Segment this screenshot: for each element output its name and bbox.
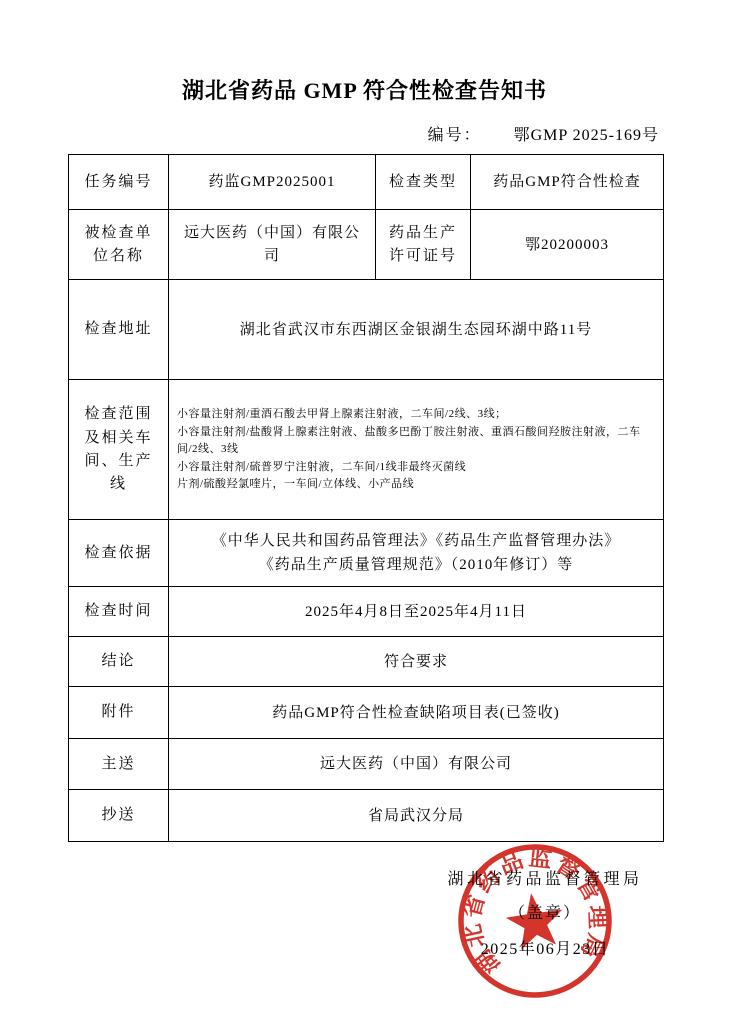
attachment-value: 药品GMP符合性检查缺陷项目表(已签收) [169,687,664,739]
inspected-unit-value: 远大医药（中国）有限公司 [169,210,376,280]
seal-placeholder-note: （盖章） [428,904,662,925]
inspection-notice-table: 任务编号 药监GMP2025001 检查类型 药品GMP符合性检查 被检查单位名… [68,154,664,842]
document-number-label: 编号： [428,127,482,144]
inspection-scope-value: 小容量注射剂/重酒石酸去甲肾上腺素注射液，二车间/2线、3线； 小容量注射剂/盐… [169,380,664,520]
license-number-label: 药品生产许可证号 [376,210,471,280]
table-row: 被检查单位名称 远大医药（中国）有限公司 药品生产许可证号 鄂20200003 [69,210,664,280]
attachment-label: 附件 [69,687,169,739]
inspection-basis-value: 《中华人民共和国药品管理法》《药品生产监督管理办法》《药品生产质量管理规范》（2… [169,520,664,587]
table-row: 结论 符合要求 [69,637,664,687]
inspection-basis-label: 检查依据 [69,520,169,587]
inspection-type-value: 药品GMP符合性检查 [471,155,664,210]
conclusion-label: 结论 [69,637,169,687]
inspection-time-label: 检查时间 [69,587,169,637]
signature-block: 湖北省药品监督管理局 （盖章） 2025年06月23日 [428,870,662,960]
page-title: 湖北省药品 GMP 符合性检查告知书 [0,0,729,104]
table-row: 主送 远大医药（中国）有限公司 [69,739,664,790]
task-id-value: 药监GMP2025001 [169,155,376,210]
issuing-agency-name: 湖北省药品监督管理局 [428,870,662,891]
main-recipient-label: 主送 [69,739,169,790]
inspection-address-label: 检查地址 [69,280,169,380]
copy-recipient-label: 抄送 [69,790,169,842]
inspection-time-value: 2025年4月8日至2025年4月11日 [169,587,664,637]
inspection-address-value: 湖北省武汉市东西湖区金银湖生态园环湖中路11号 [169,280,664,380]
main-recipient-value: 远大医药（中国）有限公司 [169,739,664,790]
task-id-label: 任务编号 [69,155,169,210]
conclusion-value: 符合要求 [169,637,664,687]
table-row: 附件 药品GMP符合性检查缺陷项目表(已签收) [69,687,664,739]
table-row: 任务编号 药监GMP2025001 检查类型 药品GMP符合性检查 [69,155,664,210]
table-row: 抄送 省局武汉分局 [69,790,664,842]
table-row: 检查时间 2025年4月8日至2025年4月11日 [69,587,664,637]
table-row: 检查范围及相关车间、生产线 小容量注射剂/重酒石酸去甲肾上腺素注射液，二车间/2… [69,380,664,520]
inspected-unit-label: 被检查单位名称 [69,210,169,280]
document-number-value: 鄂GMP 2025-169号 [514,122,659,145]
table-row: 检查依据 《中华人民共和国药品管理法》《药品生产监督管理办法》《药品生产质量管理… [69,520,664,587]
inspection-scope-label: 检查范围及相关车间、生产线 [69,380,169,520]
document-number: 编号：鄂GMP 2025-169号 [0,122,729,145]
document-page: 湖北省药品 GMP 符合性检查告知书 编号：鄂GMP 2025-169号 任务编… [0,0,729,1034]
issue-date: 2025年06月23日 [428,940,662,961]
license-number-value: 鄂20200003 [471,210,664,280]
table-row: 检查地址 湖北省武汉市东西湖区金银湖生态园环湖中路11号 [69,280,664,380]
inspection-type-label: 检查类型 [376,155,471,210]
copy-recipient-value: 省局武汉分局 [169,790,664,842]
